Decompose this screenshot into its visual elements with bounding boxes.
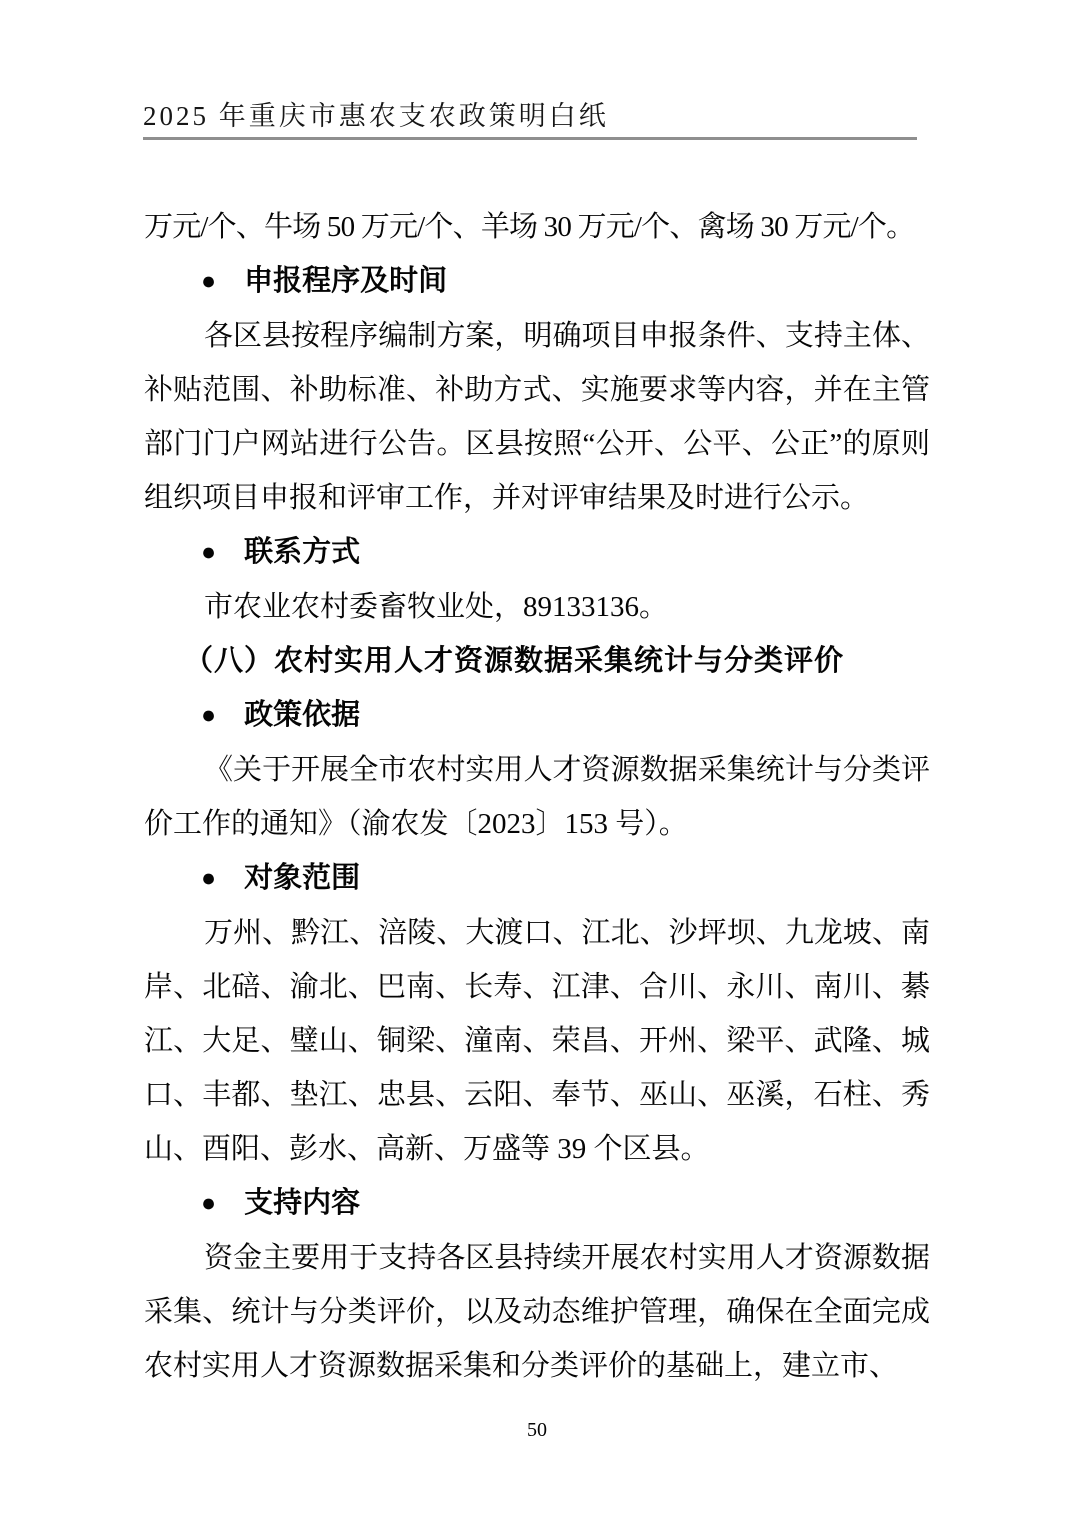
bullet-heading-label: 支持内容	[244, 1187, 360, 1219]
paragraph-contact: 市农业农村委畜牧业处，89133136。	[144, 580, 930, 634]
bullet-icon: ●	[201, 689, 216, 743]
bullet-heading-scope: ●对象范围	[144, 851, 930, 906]
bullet-heading-label: 联系方式	[244, 536, 360, 568]
bullet-heading-support-content: ●支持内容	[144, 1176, 930, 1231]
bullet-heading-label: 申报程序及时间	[244, 265, 447, 297]
bullet-icon: ●	[201, 852, 216, 906]
paragraph-subsidy-amounts: 万元/个、牛场 50 万元/个、羊场 30 万元/个、禽场 30 万元/个。	[144, 200, 930, 254]
paragraph-scope-districts: 万州、黔江、涪陵、大渡口、江北、沙坪坝、九龙坡、南岸、北碚、渝北、巴南、长寿、江…	[144, 906, 930, 1176]
page-number: 50	[527, 1419, 547, 1441]
bullet-heading-application-procedure: ●申报程序及时间	[144, 254, 930, 309]
paragraph-support-content: 资金主要用于支持各区县持续开展农村实用人才资源数据采集、统计与分类评价，以及动态…	[144, 1231, 930, 1393]
document-page: 2025 年重庆市惠农支农政策明白纸 万元/个、牛场 50 万元/个、羊场 30…	[0, 0, 1074, 1520]
section-heading-rural-talent: （八）农村实用人才资源数据采集统计与分类评价	[144, 634, 930, 688]
bullet-icon: ●	[201, 255, 216, 309]
bullet-heading-label: 对象范围	[244, 862, 360, 894]
header-rule	[143, 137, 917, 140]
bullet-icon: ●	[201, 1177, 216, 1231]
header-title: 2025 年重庆市惠农支农政策明白纸	[143, 100, 609, 132]
bullet-heading-contact: ●联系方式	[144, 525, 930, 580]
bullet-icon: ●	[201, 526, 216, 580]
paragraph-policy-basis: 《关于开展全市农村实用人才资源数据采集统计与分类评价工作的通知》（渝农发〔202…	[144, 743, 930, 851]
paragraph-application-procedure: 各区县按程序编制方案，明确项目申报条件、支持主体、补贴范围、补助标准、补助方式、…	[144, 309, 930, 525]
document-body: 万元/个、牛场 50 万元/个、羊场 30 万元/个、禽场 30 万元/个。 ●…	[144, 200, 930, 1393]
page-footer: 50	[0, 1418, 1074, 1442]
bullet-heading-label: 政策依据	[244, 699, 360, 731]
bullet-heading-policy-basis: ●政策依据	[144, 688, 930, 743]
